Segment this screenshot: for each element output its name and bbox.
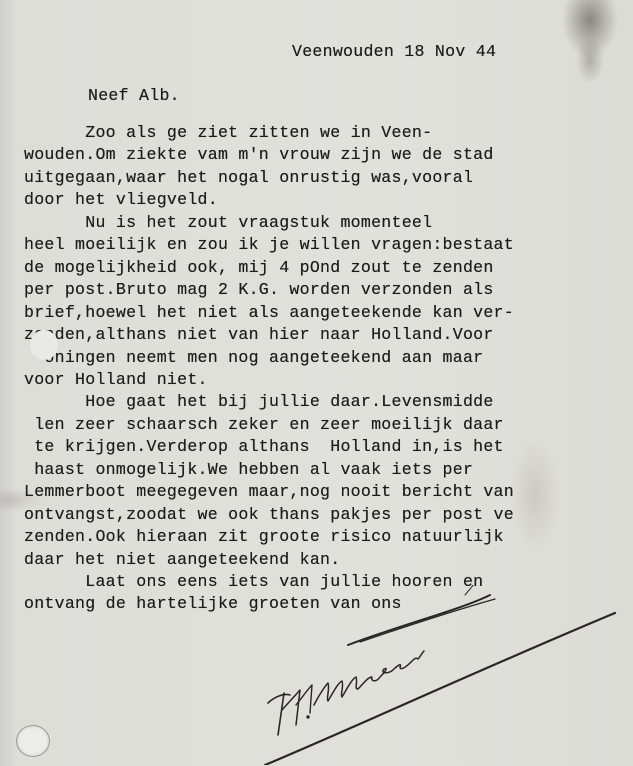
signature-icon bbox=[260, 585, 630, 765]
letter-line: zonden,althans niet van hier naar Hollan… bbox=[24, 325, 494, 345]
letter-line: daar het niet aangeteekend kan. bbox=[24, 550, 340, 570]
letter-line: de mogelijkheid ook, mij 4 pOnd zout te … bbox=[24, 258, 494, 278]
letter-line: oningen neemt men nog aangeteekend aan m… bbox=[24, 348, 483, 368]
letter-line: per post.Bruto mag 2 K.G. worden verzond… bbox=[24, 280, 494, 300]
letter-line: Nu is het zout vraagstuk momenteel bbox=[24, 213, 432, 233]
letter-line: Hoe gaat het bij jullie daar.Levensmidde bbox=[24, 392, 494, 412]
letter-page: Veenwouden 18 Nov 44 Neef Alb. Zoo als g… bbox=[0, 0, 633, 766]
letter-line: len zeer schaarsch zeker en zeer moeilij… bbox=[24, 415, 504, 435]
letter-line: Zoo als ge ziet zitten we in Veen- bbox=[24, 123, 432, 143]
letter-line: wouden.Om ziekte vam m'n vrouw zijn we d… bbox=[24, 145, 494, 165]
letter-line: voor Holland niet. bbox=[24, 370, 208, 390]
letter-line: brief,hoewel het niet als aangeteekende … bbox=[24, 303, 514, 323]
letter-line: heel moeilijk en zou ik je willen vragen… bbox=[24, 235, 514, 255]
letter-salutation: Neef Alb. bbox=[88, 86, 180, 106]
letter-line: te krijgen.Verderop althans Holland in,i… bbox=[24, 437, 504, 457]
letter-line: haast onmogelijk.We hebben al vaak iets … bbox=[24, 460, 473, 480]
letter-line: ontvangst,zoodat we ook thans pakjes per… bbox=[24, 505, 514, 525]
punch-hole bbox=[17, 726, 49, 756]
letter-line: zenden.Ook hieraan zit groote risico nat… bbox=[24, 527, 504, 547]
letter-line: Lemmerboot meegegeven maar,nog nooit ber… bbox=[24, 482, 514, 502]
punch-hole bbox=[30, 330, 58, 360]
letter-line: uitgegaan,waar het nogal onrustig was,vo… bbox=[24, 168, 473, 188]
letter-line: door het vliegveld. bbox=[24, 190, 218, 210]
letter-place-date: Veenwouden 18 Nov 44 bbox=[292, 42, 496, 62]
